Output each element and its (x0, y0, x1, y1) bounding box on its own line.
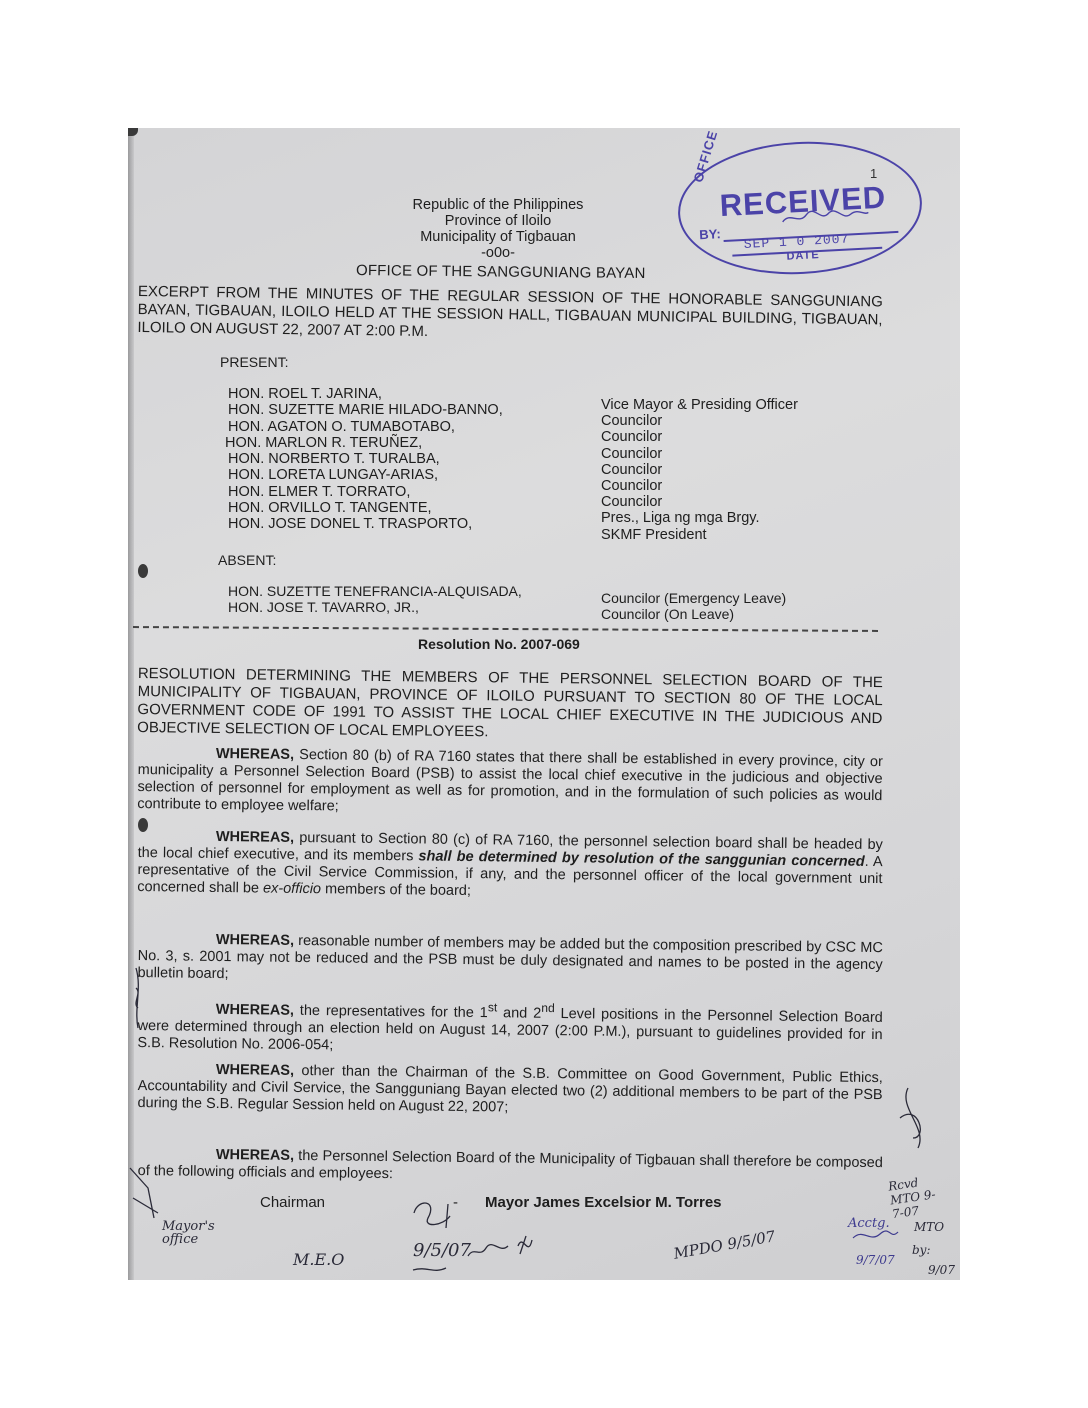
present-name: HON. ROEL T. JARINA, (228, 386, 503, 402)
absent-name: HON. JOSE T. TAVARRO, JR., (228, 599, 522, 615)
scanned-document-page: Republic of the Philippines Province of … (128, 128, 960, 1280)
whereas-text: and 2 (497, 1005, 541, 1022)
header-province: Province of Iloilo (353, 213, 643, 229)
page-edge-shadow (128, 128, 134, 1280)
present-name: HON. LORETA LUNGAY-ARIAS, (228, 467, 503, 483)
handwritten-mto-date: 9/07 (928, 1263, 955, 1277)
composition-position: Chairman (260, 1194, 325, 1211)
absent-label: ABSENT: (218, 552, 276, 568)
whereas-clause: WHEREAS, other than the Chairman of the … (137, 1061, 883, 1121)
whereas-lead: WHEREAS, (216, 1062, 294, 1079)
absent-role: Councilor (On Leave) (601, 606, 786, 622)
stamp-office-text: OFFICE (690, 128, 720, 184)
handwritten-acctg: Acctg. (848, 1216, 890, 1231)
handwritten-date: 9/5/07 (413, 1240, 471, 1261)
whereas-italic: ex-officio (263, 881, 321, 898)
present-role: Councilor (601, 478, 798, 494)
whereas-lead: WHEREAS, (216, 1147, 294, 1164)
present-role: Councilor (601, 413, 798, 429)
received-stamp: OFFICE RECEIVED BY: SEP 1 0 2007 DATE (675, 136, 926, 281)
present-role: Councilor (601, 446, 798, 462)
absent-role: Councilor (Emergency Leave) (601, 590, 786, 606)
stamp-date-label: DATE (786, 249, 820, 263)
present-name: HON. NORBERTO T. TURALBA, (228, 451, 503, 467)
present-name: HON. MARLON R. TERUÑEZ, (225, 435, 503, 451)
office-title: OFFICE OF THE SANGGUNIANG BAYAN (356, 262, 646, 282)
handwritten-acctg-date: 9/7/07 (856, 1253, 895, 1267)
header-separator: -o0o- (353, 245, 643, 261)
present-role: Pres., Liga ng mga Brgy. (601, 510, 798, 526)
initials-scribble (518, 1236, 532, 1254)
absent-roles: Councilor (Emergency Leave) Councilor (O… (601, 590, 786, 622)
signature-underline (413, 1268, 446, 1270)
excerpt-heading: EXCERPT FROM THE MINUTES OF THE REGULAR … (137, 283, 883, 347)
blue-signature (853, 1231, 898, 1238)
whereas-clause: WHEREAS, the representatives for the 1st… (137, 995, 883, 1061)
handwritten-mto: MTO (914, 1220, 944, 1234)
present-role: SKMF President (601, 527, 798, 543)
header-municipality: Municipality of Tigbauan (353, 229, 643, 245)
present-role: Vice Mayor & Presiding Officer (601, 397, 798, 413)
present-name: HON. AGATON O. TUMABOTABO, (228, 419, 503, 435)
resolution-title: RESOLUTION DETERMINING THE MEMBERS OF TH… (137, 665, 883, 746)
composition-separator: - (453, 1194, 458, 1211)
absent-names: HON. SUZETTE TENEFRANCIA-ALQUISADA, HON.… (228, 583, 522, 615)
present-name: HON. ELMER T. TORRATO, (228, 484, 503, 500)
resolution-number: Resolution No. 2007-069 (418, 636, 580, 652)
handwritten-mayors-office: Mayor's office (162, 1220, 202, 1246)
whereas-clause: WHEREAS, the Personnel Selection Board o… (138, 1146, 883, 1189)
whereas-text: members of the board; (321, 881, 471, 899)
punch-hole (138, 564, 148, 578)
whereas-clause: WHEREAS, Section 80 (b) of RA 7160 state… (137, 745, 883, 822)
dashed-divider (133, 626, 878, 632)
present-role: Councilor (601, 494, 798, 510)
handwritten-meo: M.E.O (293, 1250, 344, 1269)
whereas-lead: WHEREAS, (216, 746, 294, 763)
stamp-by-label: BY: (699, 226, 721, 242)
handwritten-received-mto: Rcvd MTO 9-7-07 (887, 1173, 942, 1222)
present-name: HON. SUZETTE MARIE HILADO-BANNO, (228, 402, 503, 418)
present-name: HON. ORVILLO T. TANGENTE, (228, 500, 503, 516)
header-republic: Republic of the Philippines (353, 197, 643, 213)
whereas-superscript: nd (541, 1001, 555, 1015)
composition-member: Mayor James Excelsior M. Torres (485, 1194, 722, 1211)
present-name: HON. JOSE DONEL T. TRASPORTO, (228, 516, 503, 532)
whereas-lead: WHEREAS, (216, 829, 294, 846)
present-names: HON. ROEL T. JARINA, HON. SUZETTE MARIE … (228, 386, 503, 533)
whereas-clause: WHEREAS, pursuant to Section 80 (c) of R… (137, 828, 883, 905)
page-corner-fold (128, 128, 138, 136)
present-roles: Vice Mayor & Presiding Officer Councilor… (601, 397, 798, 543)
received-scribble (468, 1245, 508, 1256)
whereas-lead: WHEREAS, (216, 932, 294, 949)
present-role: Councilor (601, 462, 798, 478)
initials-signature (414, 1203, 450, 1228)
handwritten-mpdo: MPDO 9/5/07 (672, 1227, 776, 1263)
whereas-text: the representatives for the 1 (294, 1003, 488, 1021)
absent-name: HON. SUZETTE TENEFRANCIA-ALQUISADA, (228, 583, 522, 599)
handwritten-by: by: (912, 1243, 931, 1257)
margin-initials-right (900, 1088, 920, 1148)
whereas-lead: WHEREAS, (216, 1002, 294, 1019)
present-label: PRESENT: (220, 354, 288, 370)
present-role: Councilor (601, 429, 798, 445)
whereas-clause: WHEREAS, reasonable number of members ma… (137, 931, 883, 991)
